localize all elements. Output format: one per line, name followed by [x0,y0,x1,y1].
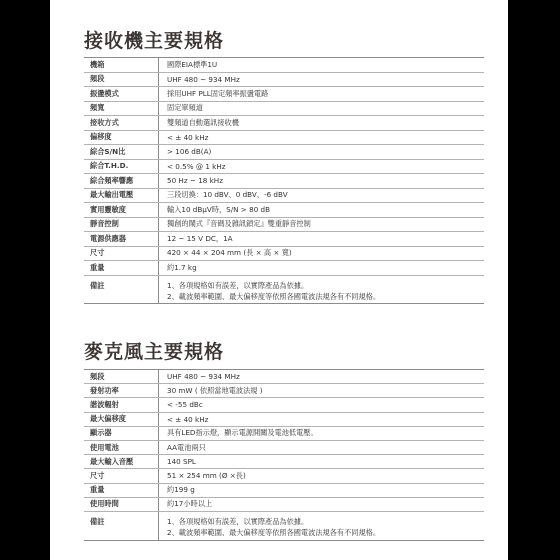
spec-value: 12 ~ 15 V DC，1A [159,232,485,247]
table-row: 使用電池AA電池兩只 [84,440,484,454]
spec-label: 使用電池 [84,440,159,454]
spec-value: 國際EIA標準1U [159,58,485,73]
spec-label: 靜音控制 [84,217,159,232]
spec-label: 綜合T.H.D. [84,159,159,174]
spec-label: 最大輸出電壓 [84,188,159,203]
spec-label: 顯示器 [84,426,159,440]
spec-label: 發射功率 [84,384,159,398]
microphone-spec-table: 頻段UHF 480 ~ 934 MHz 發射功率30 mW ( 依照當地電波法規… [84,369,484,541]
table-row: 尺寸51 × 254 mm (Ø ×長) [84,469,484,483]
microphone-spec-section: 麥克風主要規格 頻段UHF 480 ~ 934 MHz 發射功率30 mW ( … [84,341,484,541]
spec-value: 固定單頻道 [159,101,485,116]
spec-value: 51 × 254 mm (Ø ×長) [159,469,485,483]
table-row: 顯示器具有LED指示燈，顯示電源開關及電池低電壓。 [84,426,484,440]
spec-label: 偏移度 [84,130,159,145]
table-row: 最大輸入音壓140 SPL [84,455,484,469]
table-row: 綜合S/N比> 106 dB(A) [84,145,484,160]
spec-value: 30 mW ( 依照當地電波法規 ) [159,384,485,398]
notes-row: 備註 1、各項規格如有誤差，以實際產品為依據。 2、載波頻率範圍、最大偏移度等依… [84,275,484,303]
notes-label: 備註 [84,511,159,540]
spec-value: 約17小時以上 [159,497,485,511]
spec-label: 頻寬 [84,101,159,116]
notes-row: 備註 1、各項規格如有誤差，以實際產品為依據。 2、載波頻率範圍、最大偏移度等依… [84,511,484,540]
spec-value: 420 × 44 × 204 mm (長 × 高 × 寬) [159,246,485,261]
table-row: 綜合頻率響應50 Hz ~ 18 kHz [84,174,484,189]
table-row: 靜音控制獨創的鬧式『音碼及雜訊鎖定』雙重靜音控制 [84,217,484,232]
spec-value: 約199 g [159,483,485,497]
table-row: 最大偏移度< ± 40 kHz [84,412,484,426]
spec-value: < -55 dBc [159,398,485,412]
note-line: 2、載波頻率範圍、最大偏移度等依照各國電波法規各有不同規格。 [167,291,484,302]
table-row: 振盪模式採用UHF PLL固定頻率振盪電路 [84,87,484,102]
spec-value: UHF 480 ~ 934 MHz [159,72,485,87]
table-row: 發射功率30 mW ( 依照當地電波法規 ) [84,384,484,398]
spec-label: 重量 [84,261,159,276]
table-row: 重量約1.7 kg [84,261,484,276]
spec-label: 實用靈敏度 [84,203,159,218]
spec-label: 電源供應器 [84,232,159,247]
spec-value: 獨創的鬧式『音碼及雜訊鎖定』雙重靜音控制 [159,217,485,232]
receiver-spec-title: 接收機主要規格 [84,30,484,52]
notes-value: 1、各項規格如有誤差，以實際產品為依據。 2、載波頻率範圍、最大偏移度等依照各國… [159,275,485,303]
microphone-spec-title: 麥克風主要規格 [84,341,484,363]
spec-label: 使用時間 [84,497,159,511]
spec-label: 頻段 [84,72,159,87]
spec-label: 最大輸入音壓 [84,455,159,469]
spec-value: 140 SPL [159,455,485,469]
spec-label: 綜合頻率響應 [84,174,159,189]
table-row: 最大輸出電壓三段切換：10 dBV、0 dBV、-6 dBV [84,188,484,203]
table-row: 頻段UHF 480 ~ 934 MHz [84,72,484,87]
note-line: 1、各項規格如有誤差，以實際產品為依據。 [167,516,484,527]
spec-label: 尺寸 [84,246,159,261]
spec-value: 雙頻道自動選訊接收機 [159,116,485,131]
spec-label: 接收方式 [84,116,159,131]
spec-label: 機箱 [84,58,159,73]
spec-label: 諧波輻射 [84,398,159,412]
table-row: 尺寸420 × 44 × 204 mm (長 × 高 × 寬) [84,246,484,261]
table-row: 綜合T.H.D.< 0.5% @ 1 kHz [84,159,484,174]
spec-value: < ± 40 kHz [159,130,485,145]
table-row: 頻段UHF 480 ~ 934 MHz [84,370,484,384]
spec-sheet-page: 接收機主要規格 機箱國際EIA標準1U 頻段UHF 480 ~ 934 MHz … [50,0,508,560]
note-line: 1、各項規格如有誤差，以實際產品為依據。 [167,280,484,291]
note-line: 2、載波頻率範圍、最大偏移度等依照各國電波法規各有不同規格。 [167,527,484,538]
table-row: 頻寬固定單頻道 [84,101,484,116]
table-row: 偏移度< ± 40 kHz [84,130,484,145]
spec-label: 頻段 [84,370,159,384]
receiver-spec-table: 機箱國際EIA標準1U 頻段UHF 480 ~ 934 MHz 振盪模式採用UH… [84,57,484,304]
table-row: 接收方式雙頻道自動選訊接收機 [84,116,484,131]
table-row: 電源供應器12 ~ 15 V DC，1A [84,232,484,247]
spec-value: 採用UHF PLL固定頻率振盪電路 [159,87,485,102]
spec-value: 約1.7 kg [159,261,485,276]
spec-value: > 106 dB(A) [159,145,485,160]
spec-value: UHF 480 ~ 934 MHz [159,370,485,384]
spec-label: 最大偏移度 [84,412,159,426]
notes-label: 備註 [84,275,159,303]
table-row: 重量約199 g [84,483,484,497]
notes-value: 1、各項規格如有誤差，以實際產品為依據。 2、載波頻率範圍、最大偏移度等依照各國… [159,511,485,540]
spec-value: < ± 40 kHz [159,412,485,426]
table-row: 實用靈敏度輸入10 dBμV時，S/N > 80 dB [84,203,484,218]
spec-value: 三段切換：10 dBV、0 dBV、-6 dBV [159,188,485,203]
table-row: 機箱國際EIA標準1U [84,58,484,73]
spec-value: AA電池兩只 [159,440,485,454]
spec-value: 具有LED指示燈，顯示電源開關及電池低電壓。 [159,426,485,440]
spec-label: 綜合S/N比 [84,145,159,160]
receiver-spec-section: 接收機主要規格 機箱國際EIA標準1U 頻段UHF 480 ~ 934 MHz … [84,30,484,304]
spec-label: 重量 [84,483,159,497]
spec-value: < 0.5% @ 1 kHz [159,159,485,174]
spec-label: 振盪模式 [84,87,159,102]
table-row: 使用時間約17小時以上 [84,497,484,511]
spec-label: 尺寸 [84,469,159,483]
table-row: 諧波輻射< -55 dBc [84,398,484,412]
spec-value: 輸入10 dBμV時，S/N > 80 dB [159,203,485,218]
spec-value: 50 Hz ~ 18 kHz [159,174,485,189]
